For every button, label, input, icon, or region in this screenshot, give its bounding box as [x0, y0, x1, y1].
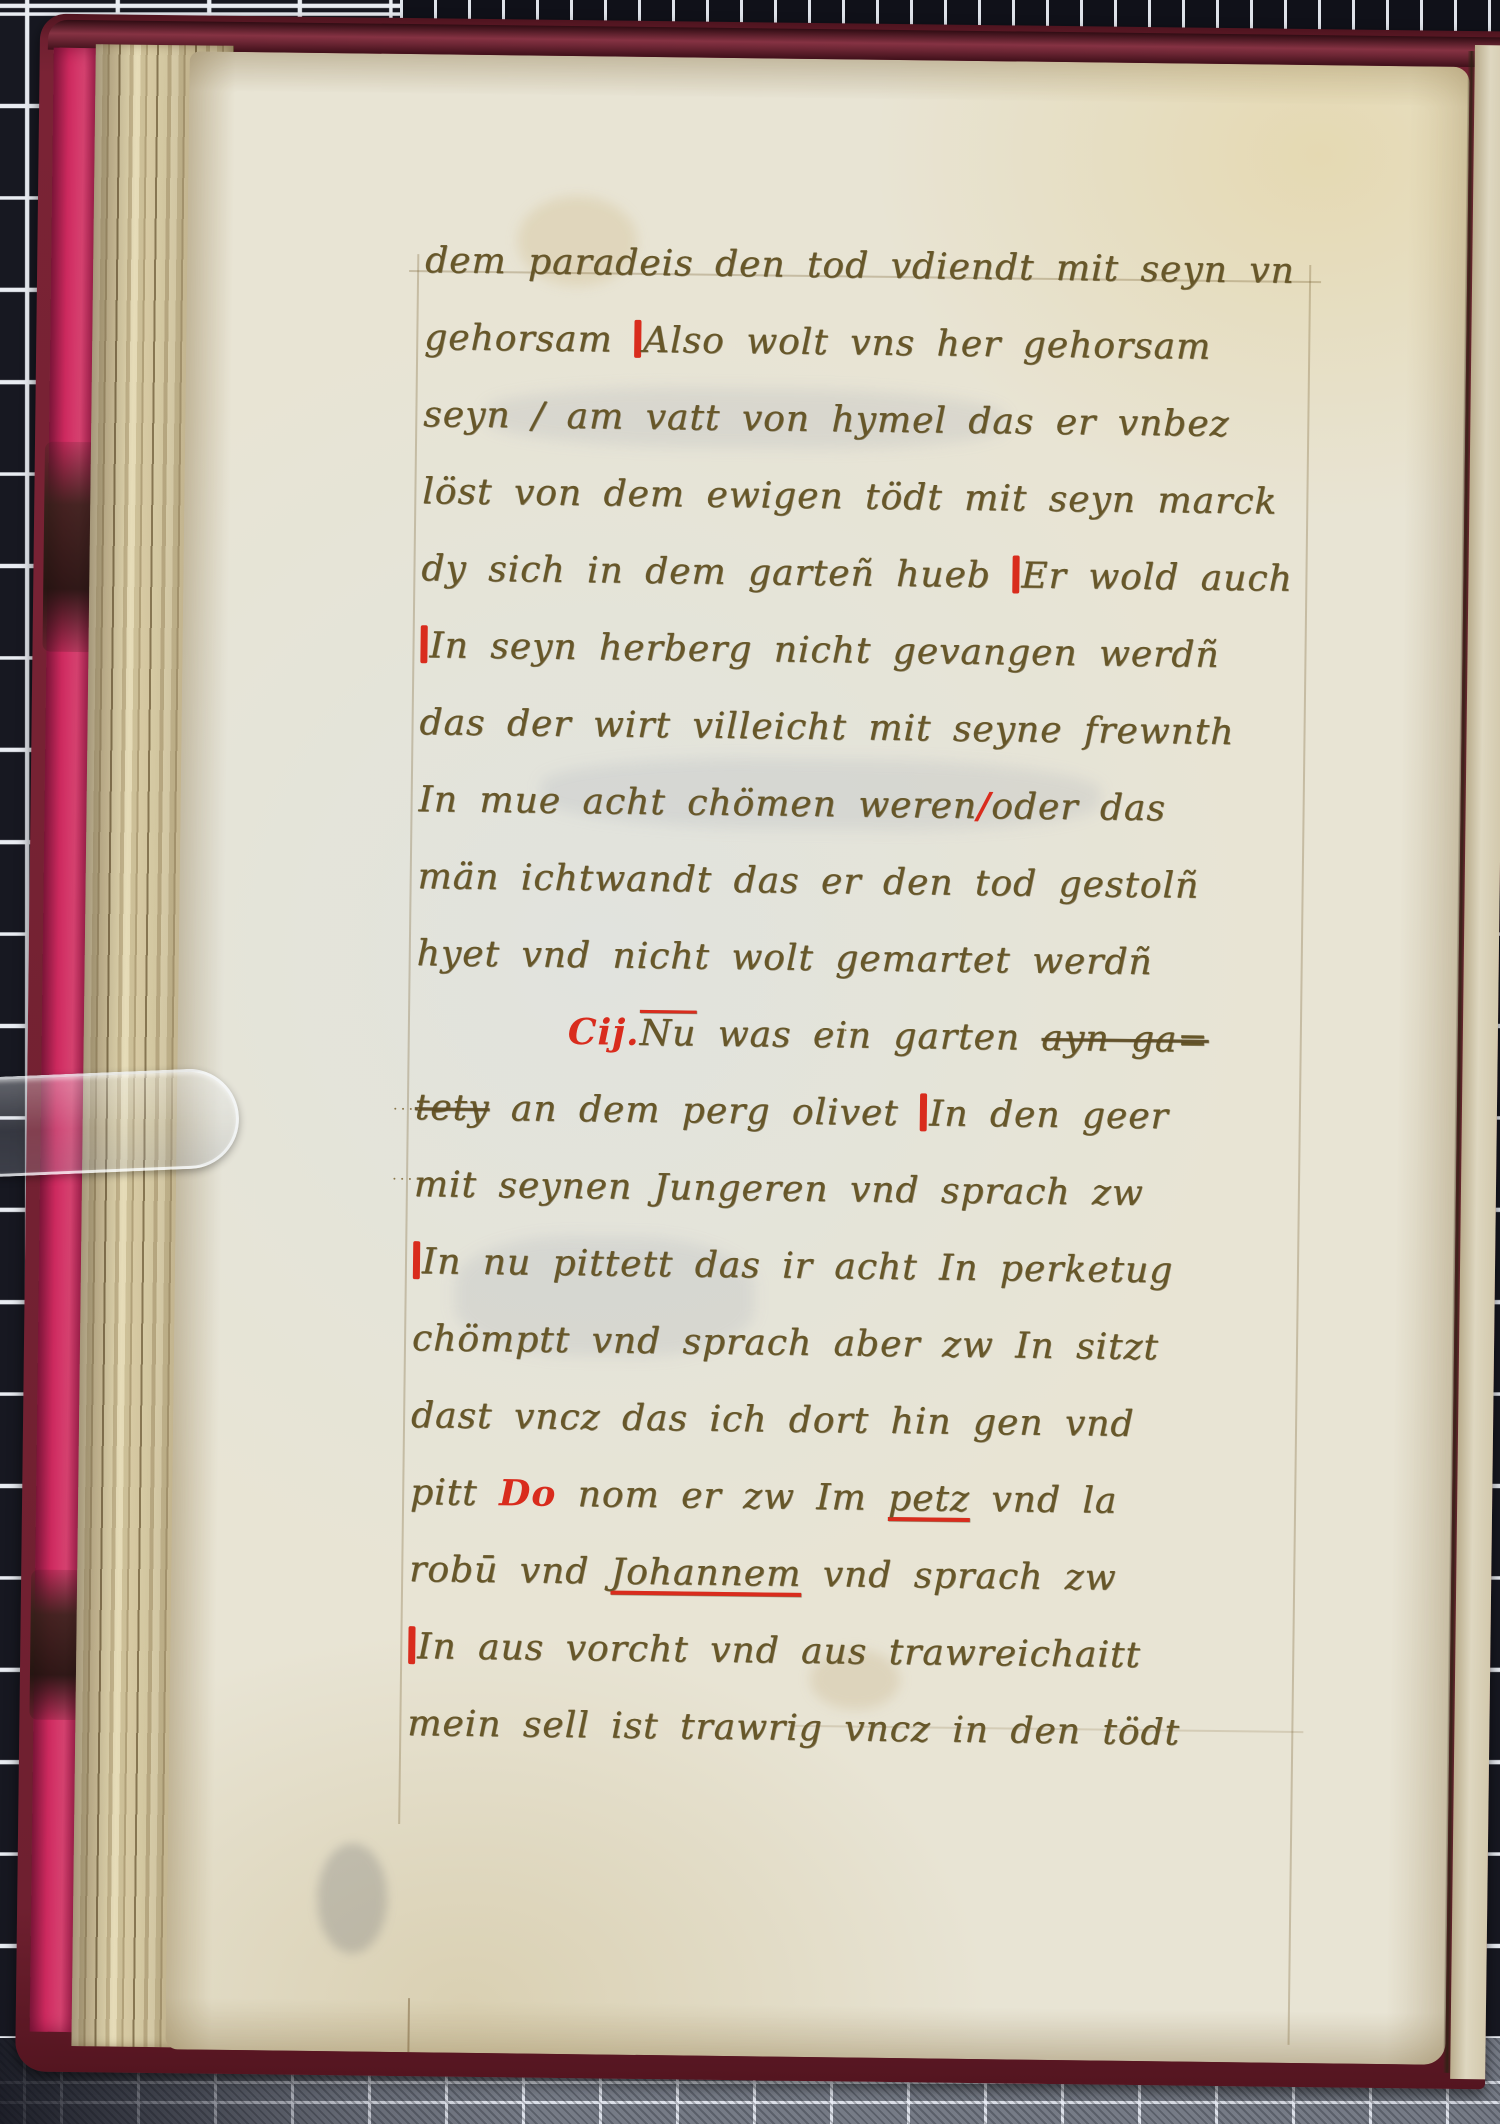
ink-segment: In seyn herberg nicht gevangen werdñ [429, 625, 1220, 676]
ink-segment: nom er zw Im [556, 1474, 888, 1519]
ink-segment: In aus vorcht vnd aus trawreichaitt [417, 1626, 1141, 1676]
ink-segment: In nu pittett das ir acht In perketug [422, 1241, 1174, 1291]
text-line: seyn / am vatt von hymel das er vnbez [423, 376, 1364, 464]
ink-segment: dy sich in dem garteñ hueb [421, 548, 1012, 596]
text-line: män ichtwandt das er den tod gestolñ [417, 838, 1358, 926]
ink-segment: pitt [410, 1472, 499, 1514]
text-line: In mue acht chömen weren/oder das [418, 761, 1359, 849]
text-line: In seyn herberg nicht gevangen werdñ [420, 607, 1361, 695]
parchment-page: dem paradeis den tod vdiendt mit seyn vn… [165, 51, 1469, 2064]
rubric-segment [413, 1241, 420, 1279]
page-crease [407, 1998, 410, 2052]
ink-segment: dast vncz das ich dort hin gen vnd [411, 1395, 1135, 1445]
ink-segment: Also wolt vns her gehorsam [643, 320, 1212, 368]
text-line: tety an dem perg olivet In den geer [414, 1069, 1355, 1157]
text-line: dy sich in dem garteñ hueb Er wold auch [421, 530, 1362, 618]
interline-dot-mark: ······ [820, 1021, 867, 1040]
text-line: In aus vorcht vnd aus trawreichaitt [408, 1608, 1349, 1696]
rubric-segment: petz [888, 1478, 970, 1520]
text-line: gehorsam Also wolt vns her gehorsam [424, 299, 1365, 387]
ink-segment: tety [415, 1087, 490, 1129]
ink-segment: was ein garten [696, 1014, 1042, 1059]
ink-segment: seyn / am vatt von hymel das er vnbez [423, 394, 1230, 445]
text-line: chömptt vnd sprach aber zw In sitzt [412, 1300, 1353, 1388]
text-line: löst von dem ewigen tödt mit seyn marck [422, 453, 1363, 541]
manuscript-book: dem paradeis den tod vdiendt mit seyn vn… [15, 14, 1500, 2090]
rubric-segment [1012, 555, 1019, 593]
ink-segment: gehorsam [424, 317, 634, 361]
ink-segment: das der wirt villeicht mit seyne frewnth [419, 702, 1234, 753]
rubric-segment [920, 1093, 927, 1131]
ink-segment: oder das [991, 786, 1166, 829]
ink-segment: ayn ga= [1041, 1018, 1209, 1061]
manuscript-photo: dem paradeis den tod vdiendt mit seyn vn… [0, 0, 1500, 2124]
text-line: Cij.Nu was ein garten ayn ga= [415, 992, 1356, 1080]
rubric-segment: Nu [639, 1013, 696, 1055]
margin-dot-mark: ···· [393, 1100, 424, 1118]
parchment-stain [317, 1843, 388, 1954]
rubric-segment [408, 1626, 415, 1664]
ink-segment: hyet vnd nicht wolt gemartet werdñ [417, 933, 1153, 983]
rubric-segment: Johannem [611, 1552, 802, 1595]
manuscript-text: dem paradeis den tod vdiendt mit seyn vn… [407, 222, 1366, 1773]
text-line: dem paradeis den tod vdiendt mit seyn vn [425, 222, 1366, 310]
ink-segment: vnd la [970, 1479, 1118, 1522]
rubric-segment: / [977, 785, 992, 827]
ink-segment: Er wold auch [1021, 556, 1293, 600]
text-line: das der wirt villeicht mit seyne frewnth [419, 684, 1360, 772]
text-line: hyet vnd nicht wolt gemartet werdñ [416, 915, 1357, 1003]
ink-segment: vnd sprach zw [801, 1554, 1117, 1599]
rubric-segment [634, 320, 641, 358]
page-holder-clip [0, 1067, 241, 1177]
ink-segment: In mue acht chömen weren [418, 779, 977, 827]
ink-segment: män ichtwandt das er den tod gestolñ [417, 856, 1199, 907]
margin-dot-mark: ···· [392, 1170, 423, 1188]
text-line: In nu pittett das ir acht In perketug [413, 1223, 1354, 1311]
rubric-segment: Do [499, 1472, 557, 1515]
ink-segment: robū vnd [409, 1549, 611, 1592]
text-line: mein sell ist trawrig vncz in den tödt [407, 1685, 1348, 1773]
ink-segment: mein sell ist trawrig vncz in den tödt [407, 1703, 1180, 1753]
text-line: dast vncz das ich dort hin gen vnd [411, 1377, 1352, 1465]
ink-segment: In den geer [929, 1093, 1169, 1137]
ink-segment: mit seynen Jungeren vnd sprach zw [414, 1164, 1144, 1214]
text-line: mit seynen Jungeren vnd sprach zw [413, 1146, 1354, 1234]
ink-segment: dem paradeis den tod vdiendt mit seyn vn [425, 240, 1295, 292]
text-line: pitt Do nom er zw Im petz vnd la [410, 1454, 1351, 1542]
ink-segment: an dem perg olivet [489, 1088, 920, 1134]
ink-segment: löst von dem ewigen tödt mit seyn marck [422, 471, 1277, 522]
rubric-segment [420, 625, 427, 663]
text-line: robū vnd Johannem vnd sprach zw [409, 1531, 1350, 1619]
ink-segment: chömptt vnd sprach aber zw In sitzt [412, 1318, 1159, 1368]
rubric-segment: Cij. [568, 1011, 640, 1054]
